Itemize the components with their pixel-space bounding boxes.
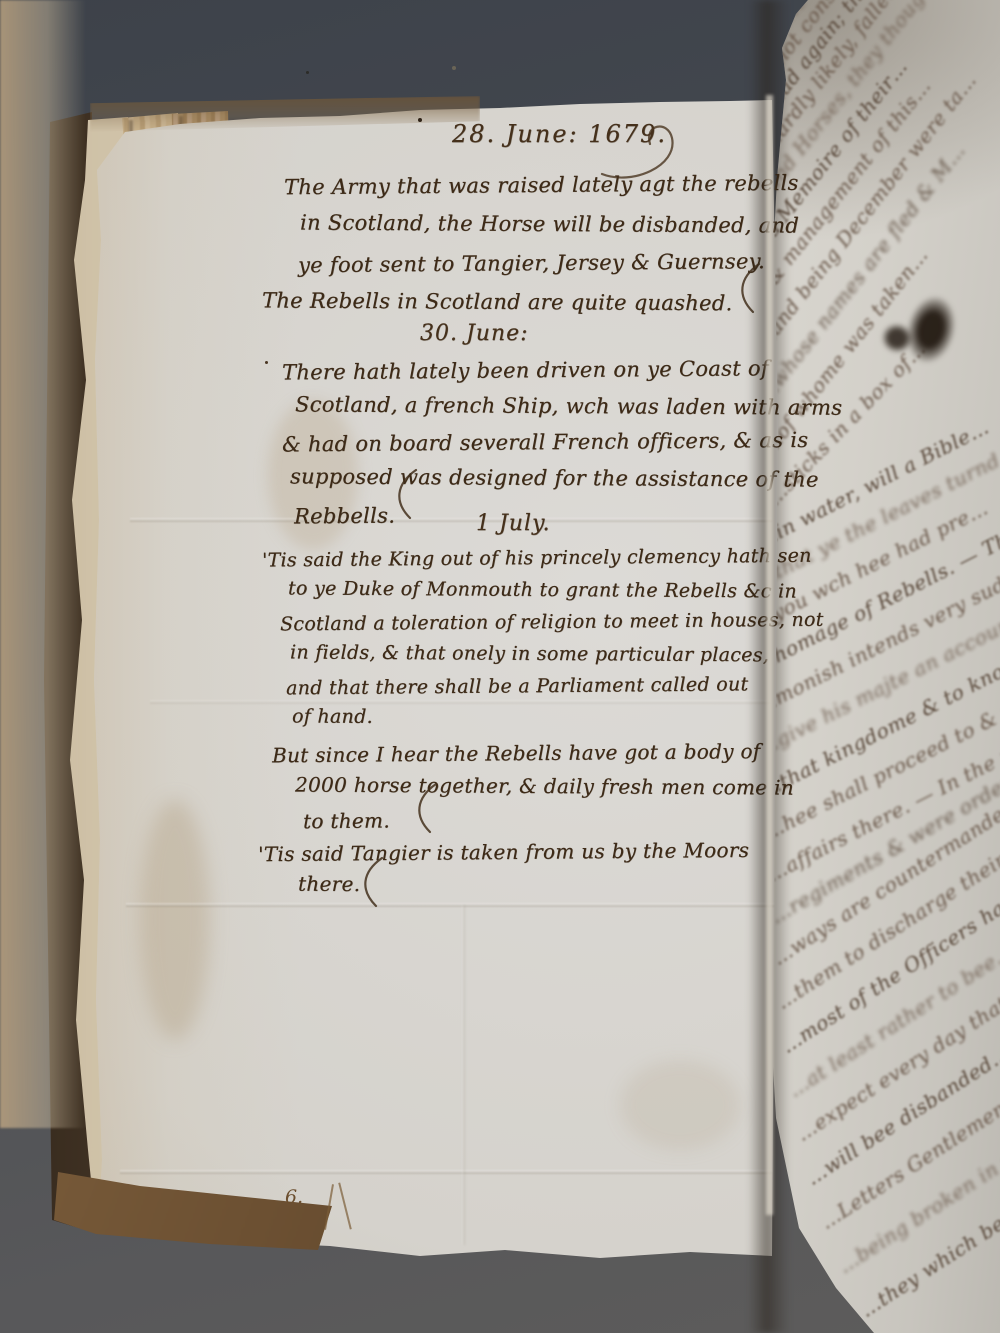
manuscript-line: The Army that was raised lately agt the … xyxy=(284,164,799,207)
manuscript-line: 2000 horse together, & daily fresh men c… xyxy=(295,768,794,804)
ink-speck xyxy=(418,118,422,122)
news-entry: The Army that was raised lately agt the … xyxy=(262,166,799,322)
pen-flourish xyxy=(598,122,690,186)
fold-crease xyxy=(126,903,774,907)
dust-speck xyxy=(306,71,309,74)
manuscript-line: in fields, & that onely in some particul… xyxy=(290,636,824,671)
page-edge-highlight xyxy=(766,95,773,1215)
paper-stain xyxy=(140,800,210,1040)
news-entry: 'Tis said Tangier is taken from us by th… xyxy=(258,836,749,902)
torn-page-stub xyxy=(0,0,86,1128)
manuscript-photo: …the effect given… …not considerable, no… xyxy=(0,0,1000,1333)
dust-speck xyxy=(452,66,456,70)
fold-crease xyxy=(120,1170,772,1174)
manuscript-line: 'Tis said Tangier is taken from us by th… xyxy=(258,834,749,871)
manuscript-line: of hand. xyxy=(292,700,824,735)
manuscript-line: and that there shall be a Parliament cal… xyxy=(286,668,824,705)
manuscript-line: Scotland a toleration of religion to mee… xyxy=(280,604,824,641)
manuscript-line: to ye Duke of Monmouth to grant the Rebe… xyxy=(288,572,824,607)
manuscript-line: The Rebells in Scotland are quite quashe… xyxy=(262,281,799,323)
pen-flourish xyxy=(358,856,388,910)
manuscript-line: in Scotland, the Horse will be disbanded… xyxy=(300,203,799,245)
manuscript-line: ye foot sent to Tangier, Jersey & Guerns… xyxy=(298,242,799,285)
page-number: 6. xyxy=(285,1186,303,1208)
manuscript-line: 'Tis said the King out of his princely c… xyxy=(262,540,824,577)
fold-crease xyxy=(462,905,465,1245)
pen-flourish xyxy=(392,468,422,522)
news-entry: But since I hear the Rebells have got a … xyxy=(262,737,794,836)
pen-flourish xyxy=(412,782,442,836)
manuscript-line: to them. xyxy=(303,801,794,838)
date-heading: 1 July. xyxy=(476,511,551,536)
news-entry: 'Tis said the King out of his princely c… xyxy=(262,542,824,734)
paper-stain xyxy=(620,1060,740,1150)
manuscript-line: But since I hear the Rebells have got a … xyxy=(272,735,794,773)
date-heading: 30. June: xyxy=(420,321,529,346)
